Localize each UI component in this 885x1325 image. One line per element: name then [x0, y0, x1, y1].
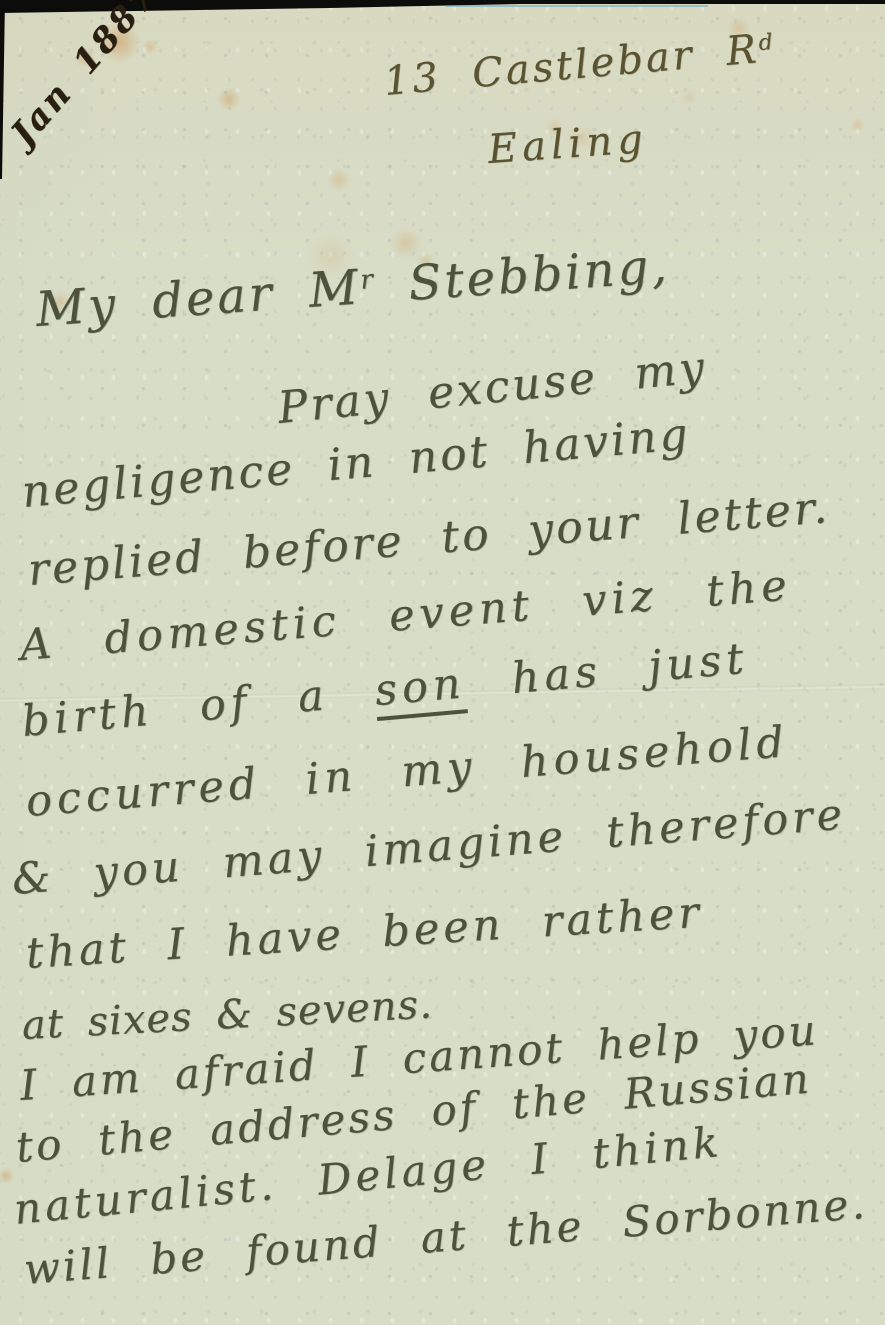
address-line-2: Ealing [486, 117, 649, 173]
date-annotation: Jan 1887 [4, 0, 165, 153]
scan-edge-fringe [446, 5, 708, 7]
address-line-1-text: 13 Castlebar R [382, 26, 761, 105]
body-line-birth-pre: birth of a [20, 666, 377, 747]
address-line-1: 13 Castlebar Rd [382, 26, 776, 105]
foxing-spot [326, 168, 352, 192]
scanned-letter-page: Jan 1887 13 Castlebar Rd Ealing My dear … [0, 0, 885, 1325]
body-line-birth-post: has just [463, 634, 750, 709]
address-line-1-superscript: d [758, 30, 775, 56]
underlined-word-son: son [373, 658, 468, 721]
scan-edge-left [0, 0, 6, 179]
foxing-spot [216, 88, 242, 110]
foxing-spot [850, 118, 866, 132]
foxing-spot [0, 1168, 14, 1184]
salutation-text: My dear M [34, 259, 363, 338]
foxing-spot [142, 40, 158, 54]
foxing-spot [680, 90, 698, 104]
body-line-rather: that I have been rather [25, 889, 705, 978]
